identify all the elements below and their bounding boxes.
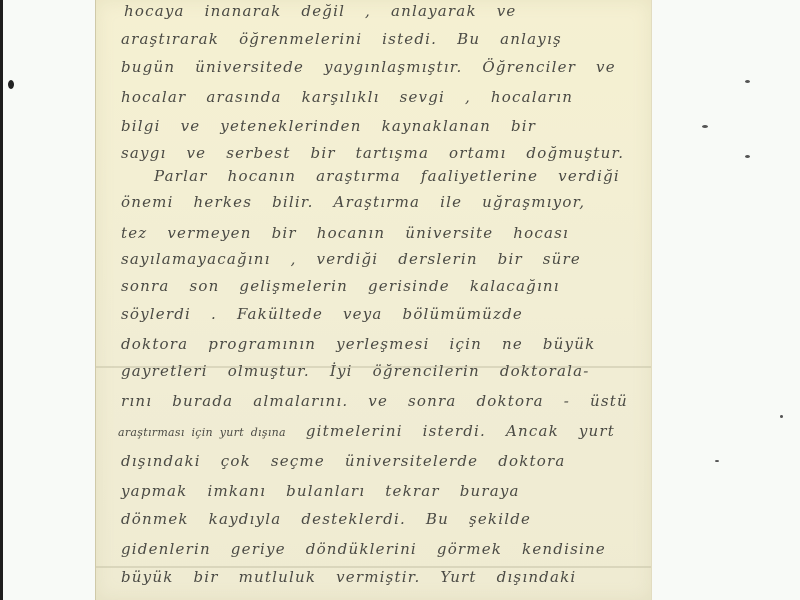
handwritten-line: gidenlerin geriye döndüklerini görmek ke… <box>121 540 606 558</box>
handwritten-line: bugün üniversitede yaygınlaşmıştır. Öğre… <box>121 58 616 76</box>
scan-speck <box>702 125 708 128</box>
handwritten-line: büyük bir mutluluk vermiştir. Yurt dışın… <box>121 568 576 586</box>
scan-speck <box>715 460 719 462</box>
handwritten-line: hocalar arasında karşılıklı sevgi , hoca… <box>121 88 573 106</box>
scan-speck <box>780 415 783 418</box>
handwritten-line: yapmak imkanı bulanları tekrar buraya <box>121 482 520 500</box>
handwritten-line: rını burada almalarını. ve sonra doktora… <box>121 392 628 410</box>
handwritten-line: tez vermeyen bir hocanın üniversite hoca… <box>121 224 569 242</box>
handwritten-line: araştırarak öğrenmelerini istedi. Bu anl… <box>121 30 562 48</box>
handwritten-line: söylerdi . Fakültede veya bölümümüzde <box>121 305 523 323</box>
scan-speck <box>8 80 14 89</box>
handwritten-line: sayılamayacağını , verdiği derslerin bir… <box>121 250 581 268</box>
handwritten-text: gitmelerini isterdi. Ancak yurt <box>306 422 615 440</box>
handwritten-line: araştırması için yurt dışına gitmelerini… <box>118 422 615 440</box>
handwritten-small-text: araştırması için yurt dışına <box>118 426 286 439</box>
handwritten-line: hocaya inanarak değil , anlayarak ve <box>124 2 516 20</box>
handwritten-line: doktora programının yerleşmesi için ne b… <box>121 335 595 353</box>
handwritten-line: sonra son gelişmelerin gerisinde kalacağ… <box>121 277 560 295</box>
handwritten-line: Parlar hocanın araştırma faaliyetlerine … <box>154 167 620 185</box>
handwritten-line: önemi herkes bilir. Araştırma ile uğraşm… <box>121 193 585 211</box>
scan-edge-shadow <box>0 0 3 600</box>
scan-speck <box>745 155 750 158</box>
scan-speck <box>745 80 750 83</box>
handwritten-line: dönmek kaydıyla desteklerdi. Bu şekilde <box>121 510 531 528</box>
scanned-page: hocaya inanarak değil , anlayarak ve ara… <box>0 0 800 600</box>
handwritten-line: gayretleri olmuştur. İyi öğrencilerin do… <box>121 362 590 380</box>
handwritten-line: bilgi ve yeteneklerinden kaynaklanan bir <box>121 117 536 135</box>
handwritten-line: dışındaki çok seçme üniversitelerde dokt… <box>121 452 566 470</box>
handwritten-line: saygı ve serbest bir tartışma ortamı doğ… <box>121 144 624 162</box>
letter-paper: hocaya inanarak değil , anlayarak ve ara… <box>95 0 652 600</box>
